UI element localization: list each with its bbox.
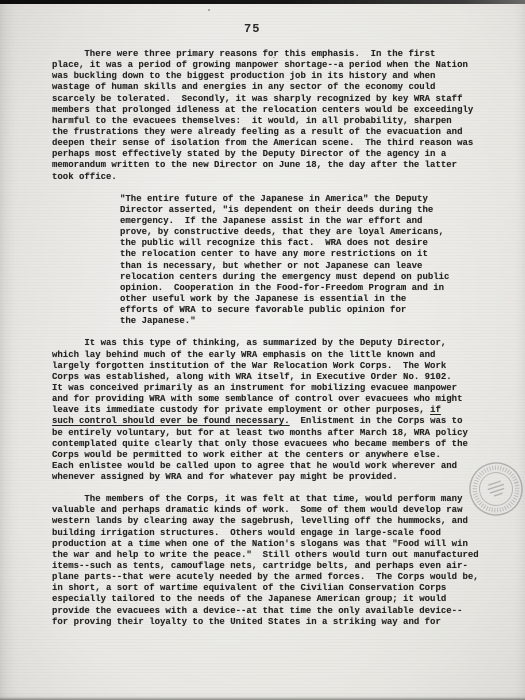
- underlined-text: such control should ever be found necess…: [52, 416, 290, 426]
- text-line: harmful to the evacuees themselves: it w…: [52, 116, 492, 127]
- text-line: took office.: [52, 172, 492, 183]
- scanned-document-page: 75 There were three primary reasons for …: [0, 0, 525, 700]
- text-line: It was this type of thinking, as summari…: [52, 338, 492, 349]
- scan-speck: [208, 9, 210, 11]
- text-line: other useful work by the Japanese is ess…: [120, 294, 492, 305]
- paragraph: It was this type of thinking, as summari…: [52, 338, 492, 483]
- text-line: relocation centers during the emergency …: [120, 272, 492, 283]
- text-line: wastage of human skills and energies in …: [52, 82, 492, 93]
- text-line: largely forgotten institution of the War…: [52, 361, 492, 372]
- text-line: production at a time when one of the Nat…: [52, 539, 492, 550]
- text-line: There were three primary reasons for thi…: [52, 49, 492, 60]
- text-line: It was conceived primarily as an instrum…: [52, 383, 492, 394]
- text-line: valuable and perhaps dramatic kinds of w…: [52, 505, 492, 516]
- text-line: items--such as tents, camouflage nets, c…: [52, 561, 492, 572]
- text-line: Corps would be permitted to work either …: [52, 450, 492, 461]
- text-line: than is necessary, but whether or not Ja…: [120, 261, 492, 272]
- text-line: the Japanese.": [120, 316, 492, 327]
- text-line: for proving their loyalty to the United …: [52, 617, 492, 628]
- text-line: the war and help to write the peace." St…: [52, 550, 492, 561]
- paragraph: The members of the Corps, it was felt at…: [52, 494, 492, 628]
- text-line: Corps was established, along with WRA it…: [52, 372, 492, 383]
- page-number: 75: [244, 22, 260, 36]
- text-line: provide the evacuees with a device--at t…: [52, 606, 492, 617]
- text-line: in short, a sort of wartime equivalent o…: [52, 583, 492, 594]
- text-line: the public will recognize this fact. WRA…: [120, 238, 492, 249]
- text-line: leave its immediate custody for private …: [52, 405, 492, 416]
- text-line: the frustrations they were already feeli…: [52, 127, 492, 138]
- text-line: memorandum written to the new Director o…: [52, 160, 492, 171]
- text-line: prove, by constructive deeds, that they …: [120, 227, 492, 238]
- text-segment: leave its immediate custody for private …: [52, 405, 430, 415]
- text-segment: Enlistment in the Corps was to: [290, 416, 463, 426]
- text-line: place, it was a period of growing manpow…: [52, 60, 492, 71]
- paragraph: There were three primary reasons for thi…: [52, 49, 492, 183]
- text-body: There were three primary reasons for thi…: [52, 49, 492, 628]
- text-line: such control should ever be found necess…: [52, 416, 492, 427]
- scan-artifact-top-edge: [0, 0, 525, 4]
- text-line: members that prolonged idleness at the r…: [52, 105, 492, 116]
- text-line: "The entire future of the Japanese in Am…: [120, 194, 492, 205]
- text-line: The members of the Corps, it was felt at…: [52, 494, 492, 505]
- text-line: was buckling down to the biggest product…: [52, 71, 492, 82]
- text-line: Director asserted, "is dependent on thei…: [120, 205, 492, 216]
- stamp-inner-text-marks: [487, 481, 507, 498]
- text-line: which lay behind much of the early WRA e…: [52, 350, 492, 361]
- text-line: deepen their sense of isolation from the…: [52, 138, 492, 149]
- text-line: building irrigation structures. Others w…: [52, 528, 492, 539]
- text-line: especially tailored to the needs of the …: [52, 594, 492, 605]
- text-line: whenever assigned by WRA and for whateve…: [52, 472, 492, 483]
- text-line: efforts of WRA to secure favorable publi…: [120, 305, 492, 316]
- text-line: scarcely be tolerated. Secondly, it was …: [52, 94, 492, 105]
- text-line: and for providing WRA with some semblanc…: [52, 394, 492, 405]
- text-line: contemplated quite clearly that only tho…: [52, 439, 492, 450]
- block-quote: "The entire future of the Japanese in Am…: [52, 194, 492, 328]
- text-line: opinion. Cooperation in the Food-for-Fre…: [120, 283, 492, 294]
- text-line: Each enlistee would be called upon to ag…: [52, 461, 492, 472]
- underlined-text: if: [430, 405, 441, 415]
- text-line: the relocation center to have any more r…: [120, 249, 492, 260]
- text-line: plane parts--that were acutely needed by…: [52, 572, 492, 583]
- text-line: perhaps most effectively stated by the D…: [52, 149, 492, 160]
- text-line: western lands by clearing away the sageb…: [52, 516, 492, 527]
- text-line: be entirely voluntary, but for at least …: [52, 428, 492, 439]
- text-line: emergency. If the Japanese assist in the…: [120, 216, 492, 227]
